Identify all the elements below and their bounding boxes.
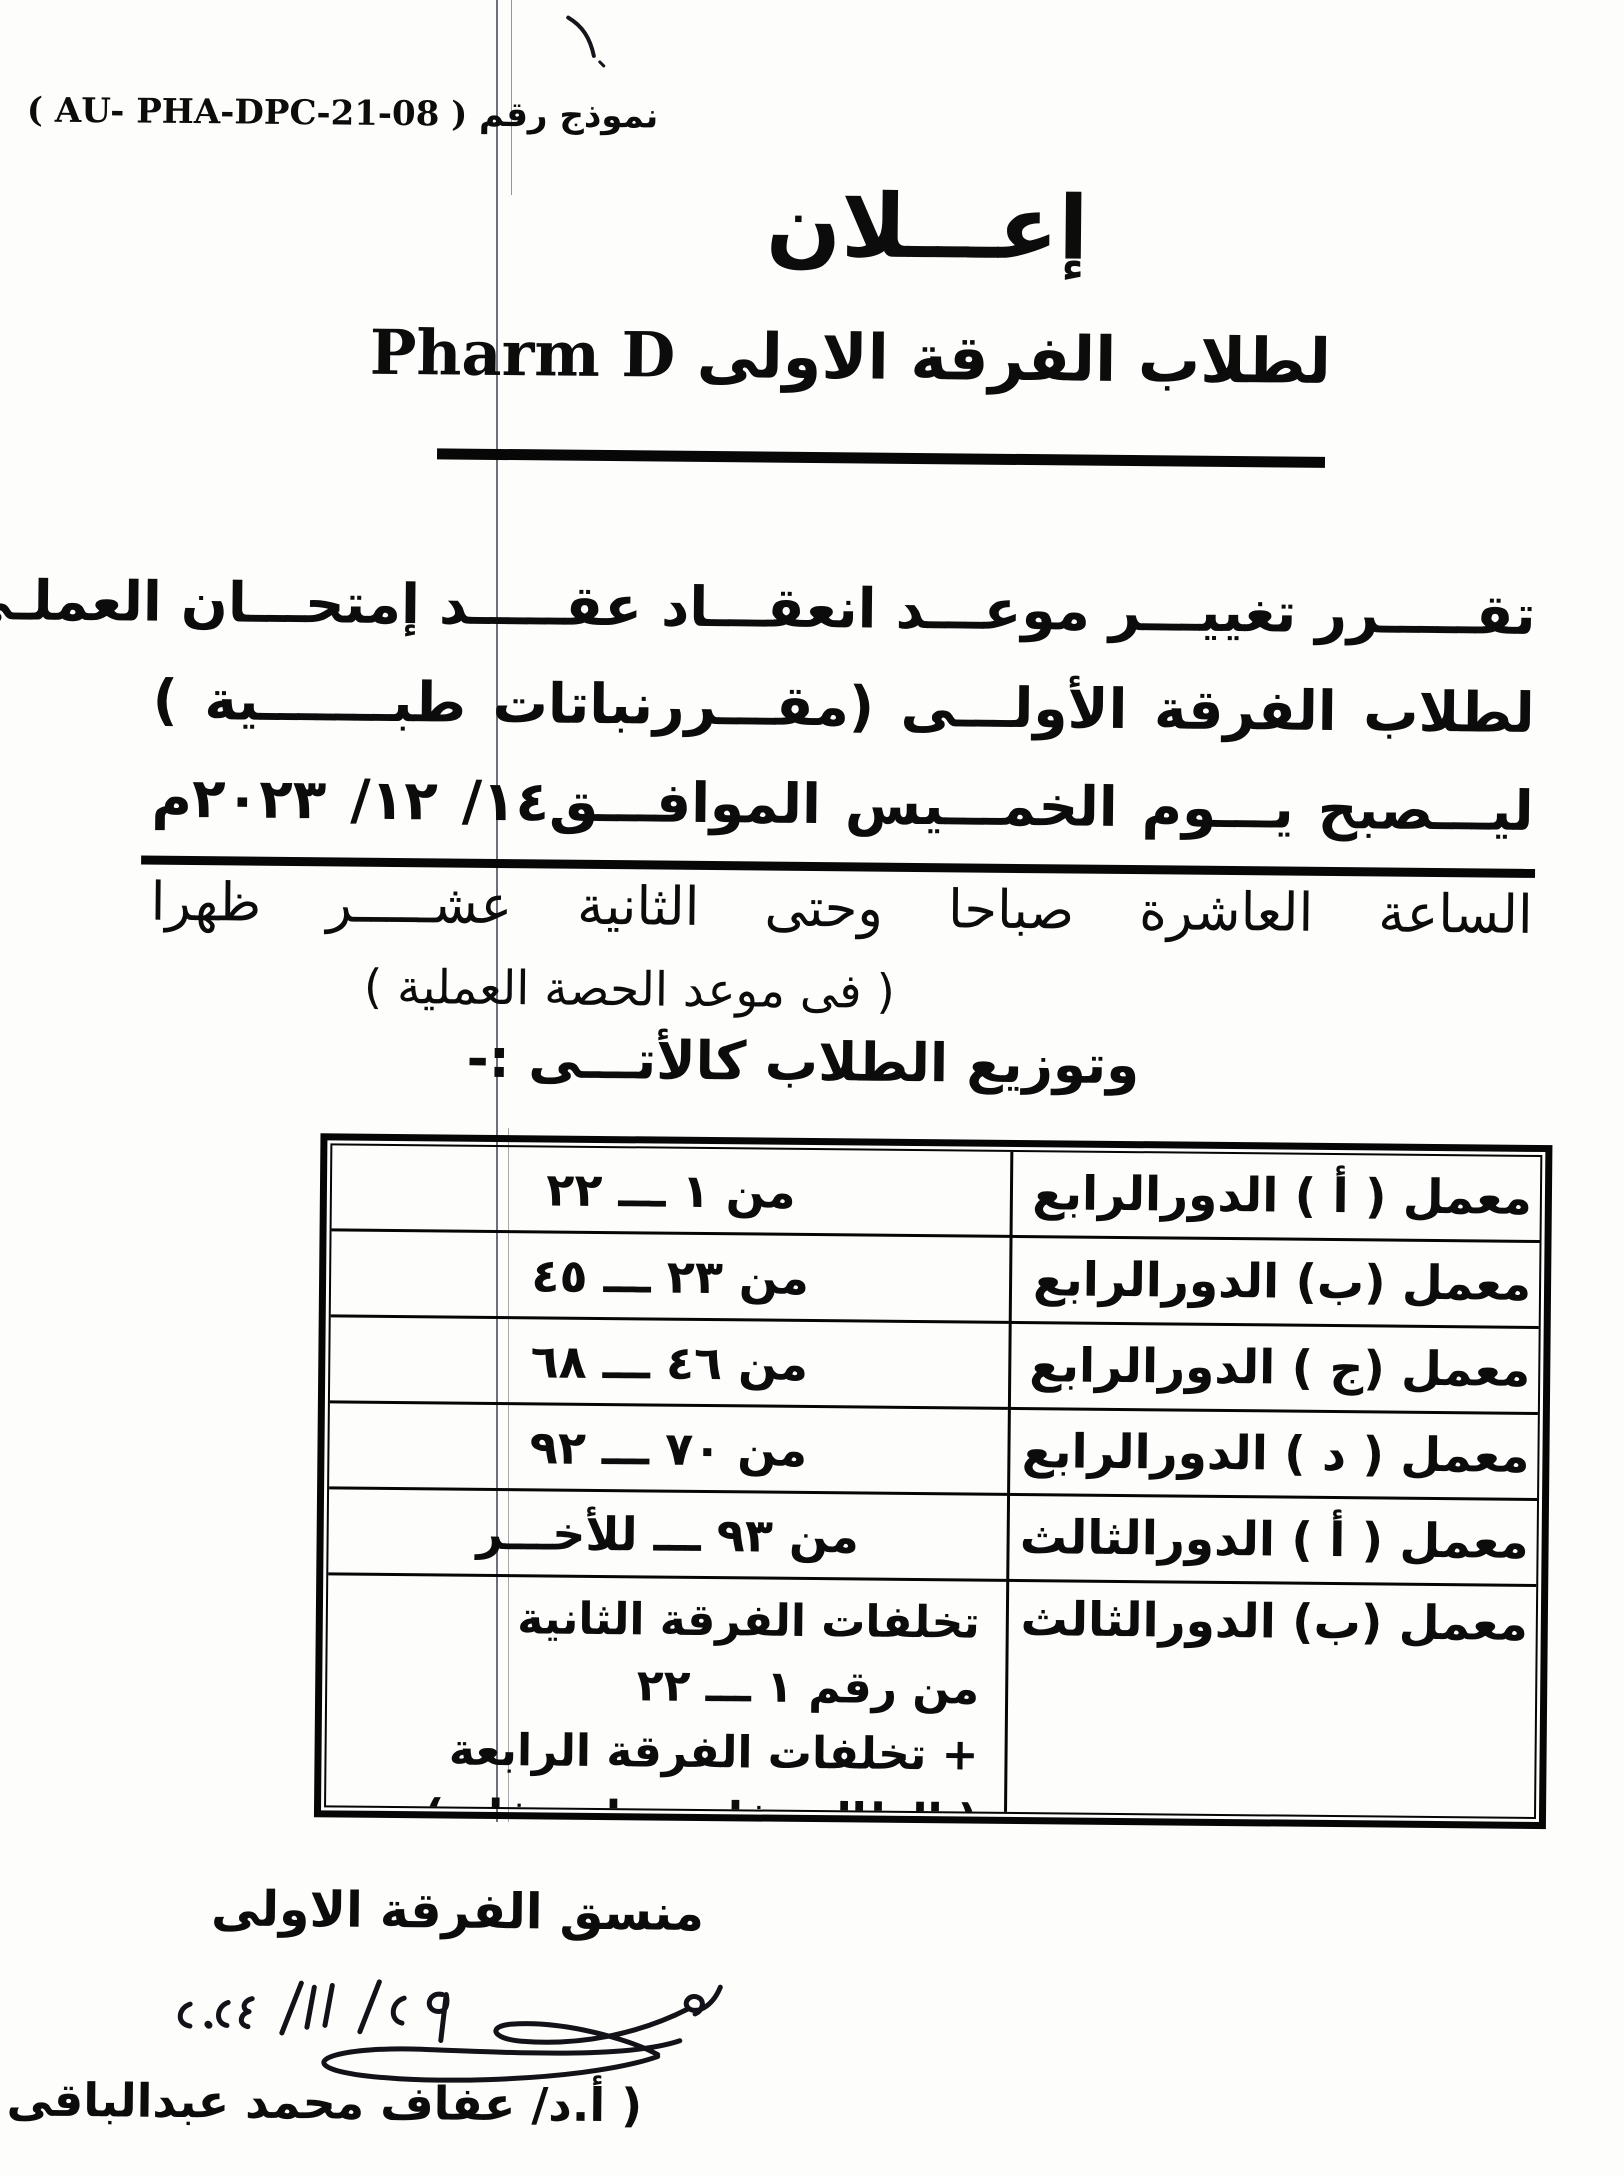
lab-cell: معمل (ج ) الدورالرابع bbox=[1008, 1324, 1539, 1415]
lab-cell: معمل (ب) الدورالثالث bbox=[1004, 1582, 1536, 1817]
scanned-announcement-page: نموذج رقم ( AU- PHA-DPC-21-08 ) إعـــلان… bbox=[0, 0, 1624, 2176]
announcement-title: إعـــلان bbox=[747, 177, 1108, 277]
form-number: نموذج رقم ( AU- PHA-DPC-21-08 ) bbox=[153, 92, 658, 137]
range-cell-multiline: تخلفات الفرقة الثانية من رقم ١ ـــ ٢٢ + … bbox=[326, 1575, 1006, 1811]
range-cell: من ١ ـــ ٢٢ bbox=[332, 1145, 1011, 1238]
range-cell: من ٩٣ ـــ للأخـــر bbox=[328, 1489, 1007, 1582]
retake-line: + تخلفات الفرقة الرابعة bbox=[449, 1725, 979, 1781]
range-cell: من ٤٦ ـــ ٦٨ bbox=[330, 1317, 1009, 1410]
announcement-subtitle: لطلاب الفرقة الاولى Pharm D bbox=[431, 316, 1332, 398]
body-line-4: الساعة العاشرة صباحا وحتى الثانية عشــــ… bbox=[150, 872, 1533, 946]
coordinator-title: منسق الفرقة الاولى bbox=[259, 1881, 705, 1942]
body-line-2: لطلاب الفرقة الأولـــى (مقـــررنباتات طب… bbox=[152, 668, 1535, 745]
lab-cell: معمل ( أ ) الدورالرابع bbox=[1010, 1152, 1541, 1243]
table-grid: معمل ( أ ) الدورالرابع من ١ ـــ ٢٢ معمل … bbox=[324, 1143, 1542, 1819]
document-content: نموذج رقم ( AU- PHA-DPC-21-08 ) إعـــلان… bbox=[0, 0, 1624, 2176]
handwritten-tick-mark bbox=[554, 11, 617, 72]
retake-line: تخلفات الفرقة الثانية bbox=[517, 1593, 980, 1648]
body-line-3: ليـــصبح يـــوم الخمـــيس الموافـــق١٤/ … bbox=[151, 766, 1534, 843]
lab-cell: معمل (ب) الدورالرابع bbox=[1009, 1238, 1540, 1329]
retake-line: ( الطالب فادى ماجد فايز) bbox=[424, 1790, 978, 1812]
body-line-5: ( فى موعد الحصة العملية ) bbox=[415, 960, 896, 1020]
range-cell: من ٢٣ ـــ ٤٥ bbox=[331, 1231, 1010, 1324]
range-cell: من ٧٠ ـــ ٩٢ bbox=[329, 1403, 1008, 1496]
body-line-1: تقـــــرر تغييـــر موعـــد انعقـــاد عقـ… bbox=[153, 570, 1536, 647]
retake-line: من رقم ١ ـــ ٢٢ bbox=[636, 1660, 979, 1714]
coordinator-name: ( أ.د/ عفاف محمد عبدالباقى ) bbox=[137, 2074, 642, 2133]
subtitle-underline bbox=[437, 448, 1325, 468]
lab-cell: معمل ( د ) الدورالرابع bbox=[1007, 1410, 1538, 1501]
body-line-6: وتوزيع الطلاب كالأتـــى :- bbox=[627, 1030, 1140, 1096]
lab-cell: معمل ( أ ) الدورالثالث bbox=[1006, 1496, 1537, 1587]
student-distribution-table: معمل ( أ ) الدورالرابع من ١ ـــ ٢٢ معمل … bbox=[314, 1133, 1553, 1829]
